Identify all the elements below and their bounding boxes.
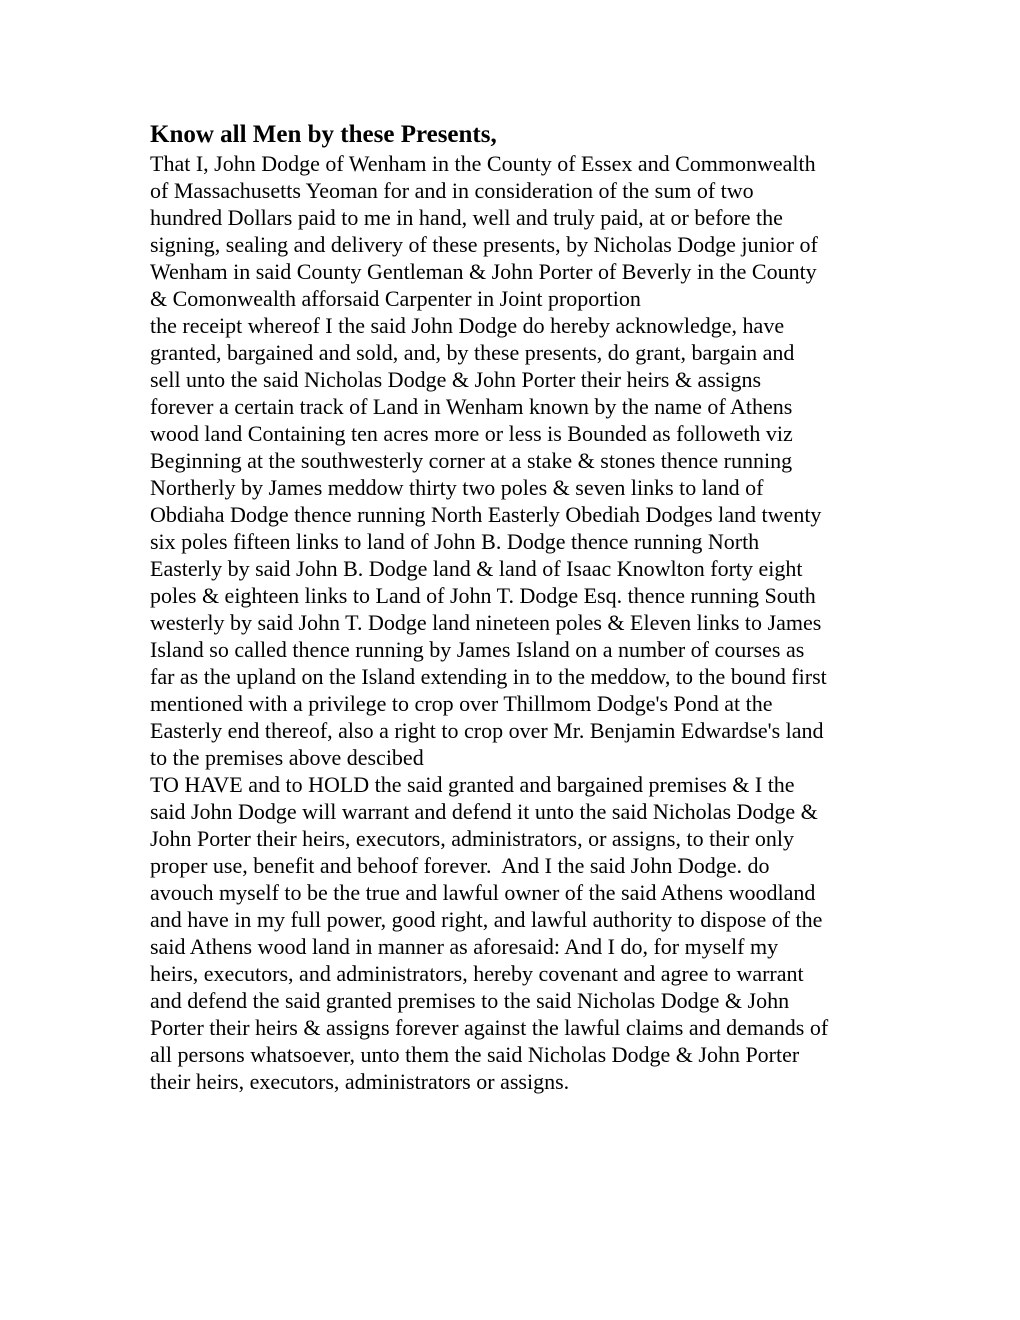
paragraph-3: TO HAVE and to HOLD the said granted and… bbox=[150, 771, 890, 1095]
text-line: That I, John Dodge of Wenham in the Coun… bbox=[150, 150, 890, 177]
text-line: forever a certain track of Land in Wenha… bbox=[150, 393, 890, 420]
text-line: the receipt whereof I the said John Dodg… bbox=[150, 312, 890, 339]
text-line: Wenham in said County Gentleman & John P… bbox=[150, 258, 890, 285]
document-page: Know all Men by these Presents, That I, … bbox=[0, 0, 1020, 1320]
text-line: far as the upland on the Island extendin… bbox=[150, 663, 890, 690]
document-title: Know all Men by these Presents, bbox=[150, 119, 890, 150]
text-line: heirs, executors, and administrators, he… bbox=[150, 960, 890, 987]
text-line: and have in my full power, good right, a… bbox=[150, 906, 890, 933]
text-line: said Athens wood land in manner as afore… bbox=[150, 933, 890, 960]
text-line: poles & eighteen links to Land of John T… bbox=[150, 582, 890, 609]
text-line: mentioned with a privilege to crop over … bbox=[150, 690, 890, 717]
text-line: said John Dodge will warrant and defend … bbox=[150, 798, 890, 825]
text-line: wood land Containing ten acres more or l… bbox=[150, 420, 890, 447]
document-body: Know all Men by these Presents, That I, … bbox=[150, 119, 890, 1095]
paragraph-1: That I, John Dodge of Wenham in the Coun… bbox=[150, 150, 890, 312]
text-line: avouch myself to be the true and lawful … bbox=[150, 879, 890, 906]
text-line: Northerly by James meddow thirty two pol… bbox=[150, 474, 890, 501]
text-line: Island so called thence running by James… bbox=[150, 636, 890, 663]
text-line: to the premises above descibed bbox=[150, 744, 890, 771]
text-line: signing, sealing and delivery of these p… bbox=[150, 231, 890, 258]
text-line: Easterly by said John B. Dodge land & la… bbox=[150, 555, 890, 582]
text-line: six poles fifteen links to land of John … bbox=[150, 528, 890, 555]
text-line: proper use, benefit and behoof forever. … bbox=[150, 852, 890, 879]
text-line: granted, bargained and sold, and, by the… bbox=[150, 339, 890, 366]
paragraph-2: the receipt whereof I the said John Dodg… bbox=[150, 312, 890, 771]
text-line: Easterly end thereof, also a right to cr… bbox=[150, 717, 890, 744]
text-line: of Massachusetts Yeoman for and in consi… bbox=[150, 177, 890, 204]
text-line: Porter their heirs & assigns forever aga… bbox=[150, 1014, 890, 1041]
text-line: westerly by said John T. Dodge land nine… bbox=[150, 609, 890, 636]
text-line: and defend the said granted premises to … bbox=[150, 987, 890, 1014]
text-line: all persons whatsoever, unto them the sa… bbox=[150, 1041, 890, 1068]
text-line: hundred Dollars paid to me in hand, well… bbox=[150, 204, 890, 231]
text-line: John Porter their heirs, executors, admi… bbox=[150, 825, 890, 852]
text-line: Beginning at the southwesterly corner at… bbox=[150, 447, 890, 474]
text-line: TO HAVE and to HOLD the said granted and… bbox=[150, 771, 890, 798]
text-line: their heirs, executors, administrators o… bbox=[150, 1068, 890, 1095]
text-line: & Comonwealth afforsaid Carpenter in Joi… bbox=[150, 285, 890, 312]
text-line: sell unto the said Nicholas Dodge & John… bbox=[150, 366, 890, 393]
text-line: Obdiaha Dodge thence running North Easte… bbox=[150, 501, 890, 528]
